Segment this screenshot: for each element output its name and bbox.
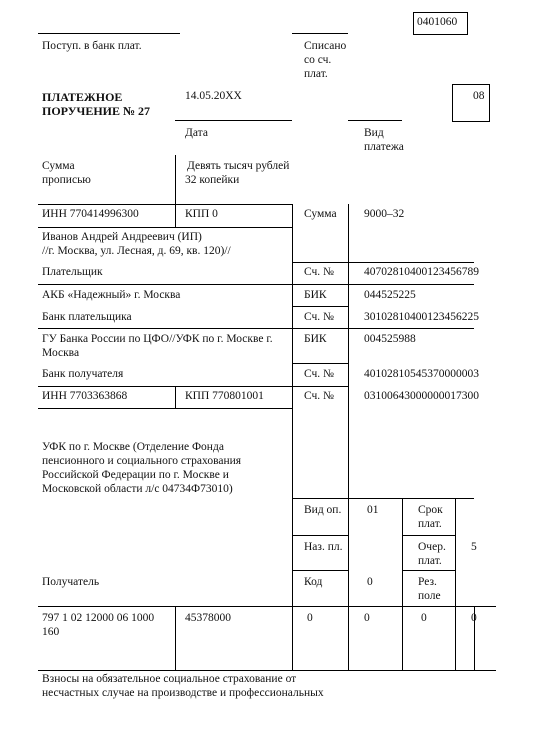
form-code: 0401060	[417, 16, 457, 30]
date-label: Дата	[185, 127, 208, 141]
row-line	[38, 284, 474, 285]
amount-value: 9000–32	[364, 208, 404, 222]
payee-bank-name-1: ГУ Банка России по ЦФО//УФК по г. Москве…	[42, 333, 273, 347]
payer-kpp: КПП 0	[185, 208, 218, 222]
payer-label: Плательщик	[42, 266, 103, 280]
payer-bank-bik-value: 044525225	[364, 289, 416, 303]
col-line	[402, 498, 403, 670]
payee-kpp: КПП 770801001	[185, 390, 264, 404]
kbk-1: 797 1 02 12000 06 1000	[42, 612, 154, 626]
row-line	[38, 204, 292, 205]
payment-type-line	[348, 120, 402, 121]
amount-words-value-2: 32 копейки	[185, 174, 239, 188]
field-107: 0	[364, 612, 370, 626]
term-label-1: Срок	[418, 504, 443, 518]
row-line	[38, 227, 292, 228]
debited-line	[292, 33, 348, 34]
col-line	[175, 386, 176, 408]
row-line	[402, 535, 455, 536]
date-value: 14.05.20XX	[185, 90, 242, 104]
kbk-2: 160	[42, 626, 59, 640]
payer-bank-name: АКБ «Надежный» г. Москва	[42, 289, 180, 303]
op-type-value: 01	[367, 504, 379, 518]
row-line	[38, 328, 474, 329]
purpose-label: Наз. пл.	[304, 541, 342, 555]
payer-bank-bik-label: БИК	[304, 289, 327, 303]
payer-name-2: //г. Москва, ул. Лесная, д. 69, кв. 120)…	[42, 245, 231, 259]
payer-bank-account-label: Сч. №	[304, 311, 334, 325]
payee-account-label: Сч. №	[304, 390, 334, 404]
priority-value: 5	[471, 541, 477, 555]
payee-name-4: Московской области л/с 04734Ф73010)	[42, 483, 233, 497]
col-line	[292, 606, 293, 670]
purpose-text-1: Взносы на обязательное социальное страхо…	[42, 673, 296, 687]
col-line	[348, 204, 349, 670]
row-line	[292, 262, 474, 263]
payment-type-label-2: платежа	[364, 141, 404, 155]
row-line	[38, 606, 496, 607]
payee-bank-bik-value: 004525988	[364, 333, 416, 347]
amount-words-value-1: Девять тысяч рублей	[187, 160, 289, 174]
col-line	[292, 204, 293, 606]
row-line	[292, 306, 348, 307]
payee-bank-account-value: 40102810545370000003	[364, 368, 479, 382]
row-line	[402, 570, 455, 571]
row-line	[292, 535, 348, 536]
field-106: 0	[307, 612, 313, 626]
code-label: Код	[304, 576, 322, 590]
payee-name-1: УФК по г. Москве (Отделение Фонда	[42, 441, 224, 455]
col-line	[175, 606, 176, 670]
payee-bank-label: Банк получателя	[42, 368, 123, 382]
field-109: 0	[471, 612, 477, 626]
payment-type-label-1: Вид	[364, 127, 384, 141]
oktmo: 45378000	[185, 612, 231, 626]
payee-account-value: 03100643000000017300	[364, 390, 479, 404]
row-line	[38, 670, 496, 671]
debited-label-3: плат.	[304, 68, 328, 82]
payee-name-2: пенсионного и социального страхования	[42, 455, 241, 469]
amount-words-label-1: Сумма	[42, 160, 75, 174]
document-title-1: ПЛАТЕЖНОЕ	[42, 90, 122, 104]
payer-account-label: Сч. №	[304, 266, 334, 280]
status-code: 08	[473, 90, 485, 104]
row-line	[292, 363, 348, 364]
reserve-label-1: Рез.	[418, 576, 437, 590]
row-line	[292, 570, 348, 571]
payee-name-3: Российской Федерации по г. Москве и	[42, 469, 229, 483]
payee-bank-bik-label: БИК	[304, 333, 327, 347]
amount-label: Сумма	[304, 208, 337, 222]
payer-bank-account-value: 30102810400123456225	[364, 311, 479, 325]
purpose-text-2: несчастных случае на производстве и проф…	[42, 687, 324, 701]
payer-account-value: 40702810400123456789	[364, 266, 479, 280]
col-line	[455, 498, 456, 670]
date-line	[175, 120, 292, 121]
reserve-label-2: поле	[418, 590, 441, 604]
payer-name-1: Иванов Андрей Андреевич (ИП)	[42, 231, 202, 245]
payee-inn: ИНН 7703363868	[42, 390, 127, 404]
field-108: 0	[421, 612, 427, 626]
debited-label-2: со сч.	[304, 54, 331, 68]
payer-inn: ИНН 770414996300	[42, 208, 139, 222]
row-line	[38, 386, 348, 387]
priority-label-1: Очер.	[418, 541, 446, 555]
payee-bank-name-2: Москва	[42, 347, 79, 361]
amount-words-label-2: прописью	[42, 174, 91, 188]
payee-bank-account-label: Сч. №	[304, 368, 334, 382]
op-type-label: Вид оп.	[304, 504, 341, 518]
document-title-2: ПОРУЧЕНИЕ № 27	[42, 104, 150, 118]
col-line	[175, 204, 176, 227]
priority-label-2: плат.	[418, 555, 442, 569]
code-value: 0	[367, 576, 373, 590]
row-line	[292, 498, 474, 499]
payer-bank-label: Банк плательщика	[42, 311, 132, 325]
term-label-2: плат.	[418, 518, 442, 532]
row-line	[38, 408, 292, 409]
debited-label-1: Списано	[304, 40, 346, 54]
received-line	[38, 33, 180, 34]
received-label: Поступ. в банк плат.	[42, 40, 142, 54]
payee-label: Получатель	[42, 576, 99, 590]
